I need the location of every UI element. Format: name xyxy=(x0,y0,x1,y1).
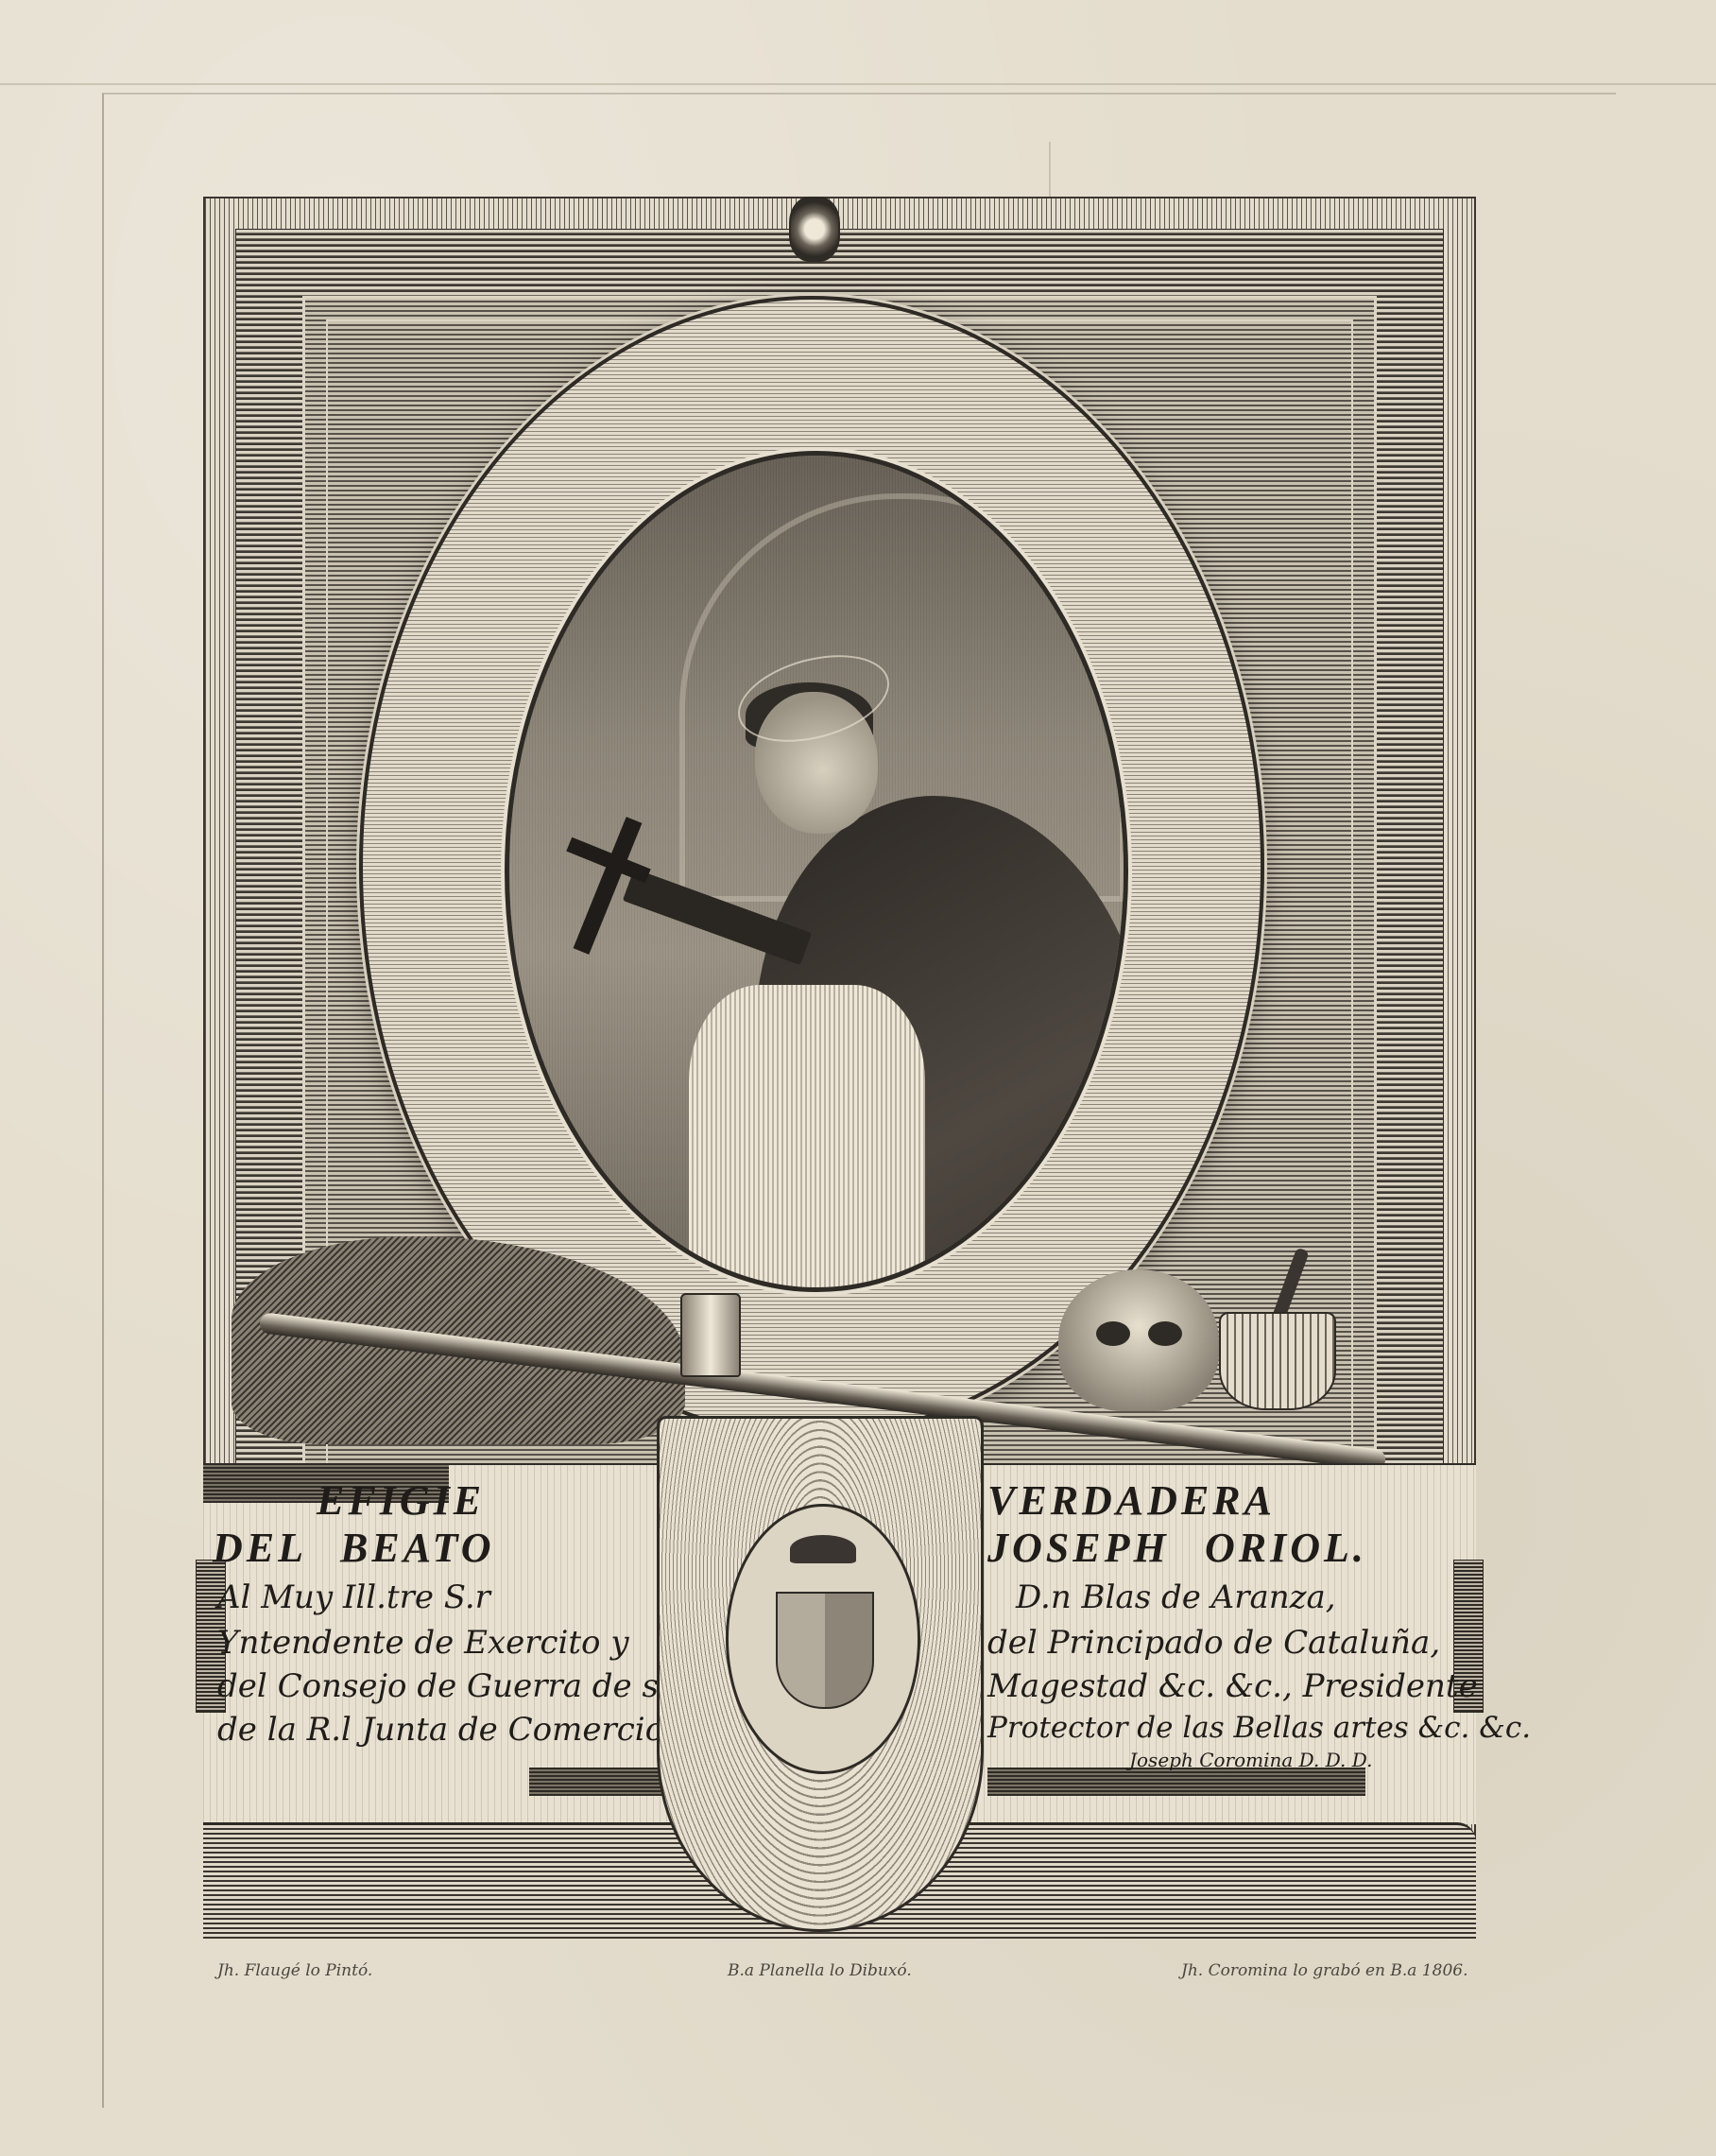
portrait-oval xyxy=(505,451,1128,1292)
drinking-cup xyxy=(680,1293,741,1377)
painter-credit: Jh. Flaugé lo Pintó. xyxy=(217,1961,372,1980)
cartouche-shield xyxy=(657,1416,984,1932)
dedication-line: del Principado de Cataluña, xyxy=(987,1624,1440,1662)
rosette-ornament xyxy=(789,197,840,262)
draftsman-credit: B.a Planella lo Dibuxó. xyxy=(728,1961,912,1980)
skull xyxy=(1058,1269,1219,1411)
escutcheon xyxy=(776,1592,874,1709)
dedication-line: Yntendente de Exercito y xyxy=(217,1624,629,1662)
engraver-credit: Jh. Coromina lo grabó en B.a 1806. xyxy=(1181,1961,1467,1980)
title-word: BEATO xyxy=(340,1524,494,1572)
dedication-line: Al Muy Ill.tre S.r xyxy=(217,1578,490,1616)
lace-surplice xyxy=(689,985,925,1292)
title-word: VERDADERA xyxy=(987,1476,1276,1525)
title-word: EFIGIE xyxy=(317,1476,485,1525)
credits-line: Jh. Flaugé lo Pintó. B.a Planella lo Dib… xyxy=(0,1961,1716,1999)
dedication-line: Magestad &c. &c., Presidente xyxy=(987,1667,1478,1705)
paper-crease xyxy=(0,83,1716,85)
dedication-line: del Consejo de Guerra de su xyxy=(217,1667,679,1705)
dedication-line: D.n Blas de Aranza, xyxy=(1016,1578,1336,1616)
coat-of-arms xyxy=(726,1504,920,1774)
title-word: ORIOL. xyxy=(1205,1524,1367,1572)
dedication-line: de la R.l Junta de Comercio, xyxy=(217,1711,675,1749)
coronet-icon xyxy=(790,1535,856,1563)
dedication-line: Protector de las Bellas artes &c. &c. xyxy=(987,1711,1531,1745)
engraving: EFIGIE VERDADERA DEL BEATO JOSEPH ORIOL.… xyxy=(203,197,1476,1936)
title-word: JOSEPH xyxy=(987,1524,1170,1572)
signature: Joseph Coromina D. D. D. xyxy=(1129,1749,1372,1771)
title-word: DEL xyxy=(213,1524,307,1572)
mortar-pot xyxy=(1219,1312,1336,1410)
